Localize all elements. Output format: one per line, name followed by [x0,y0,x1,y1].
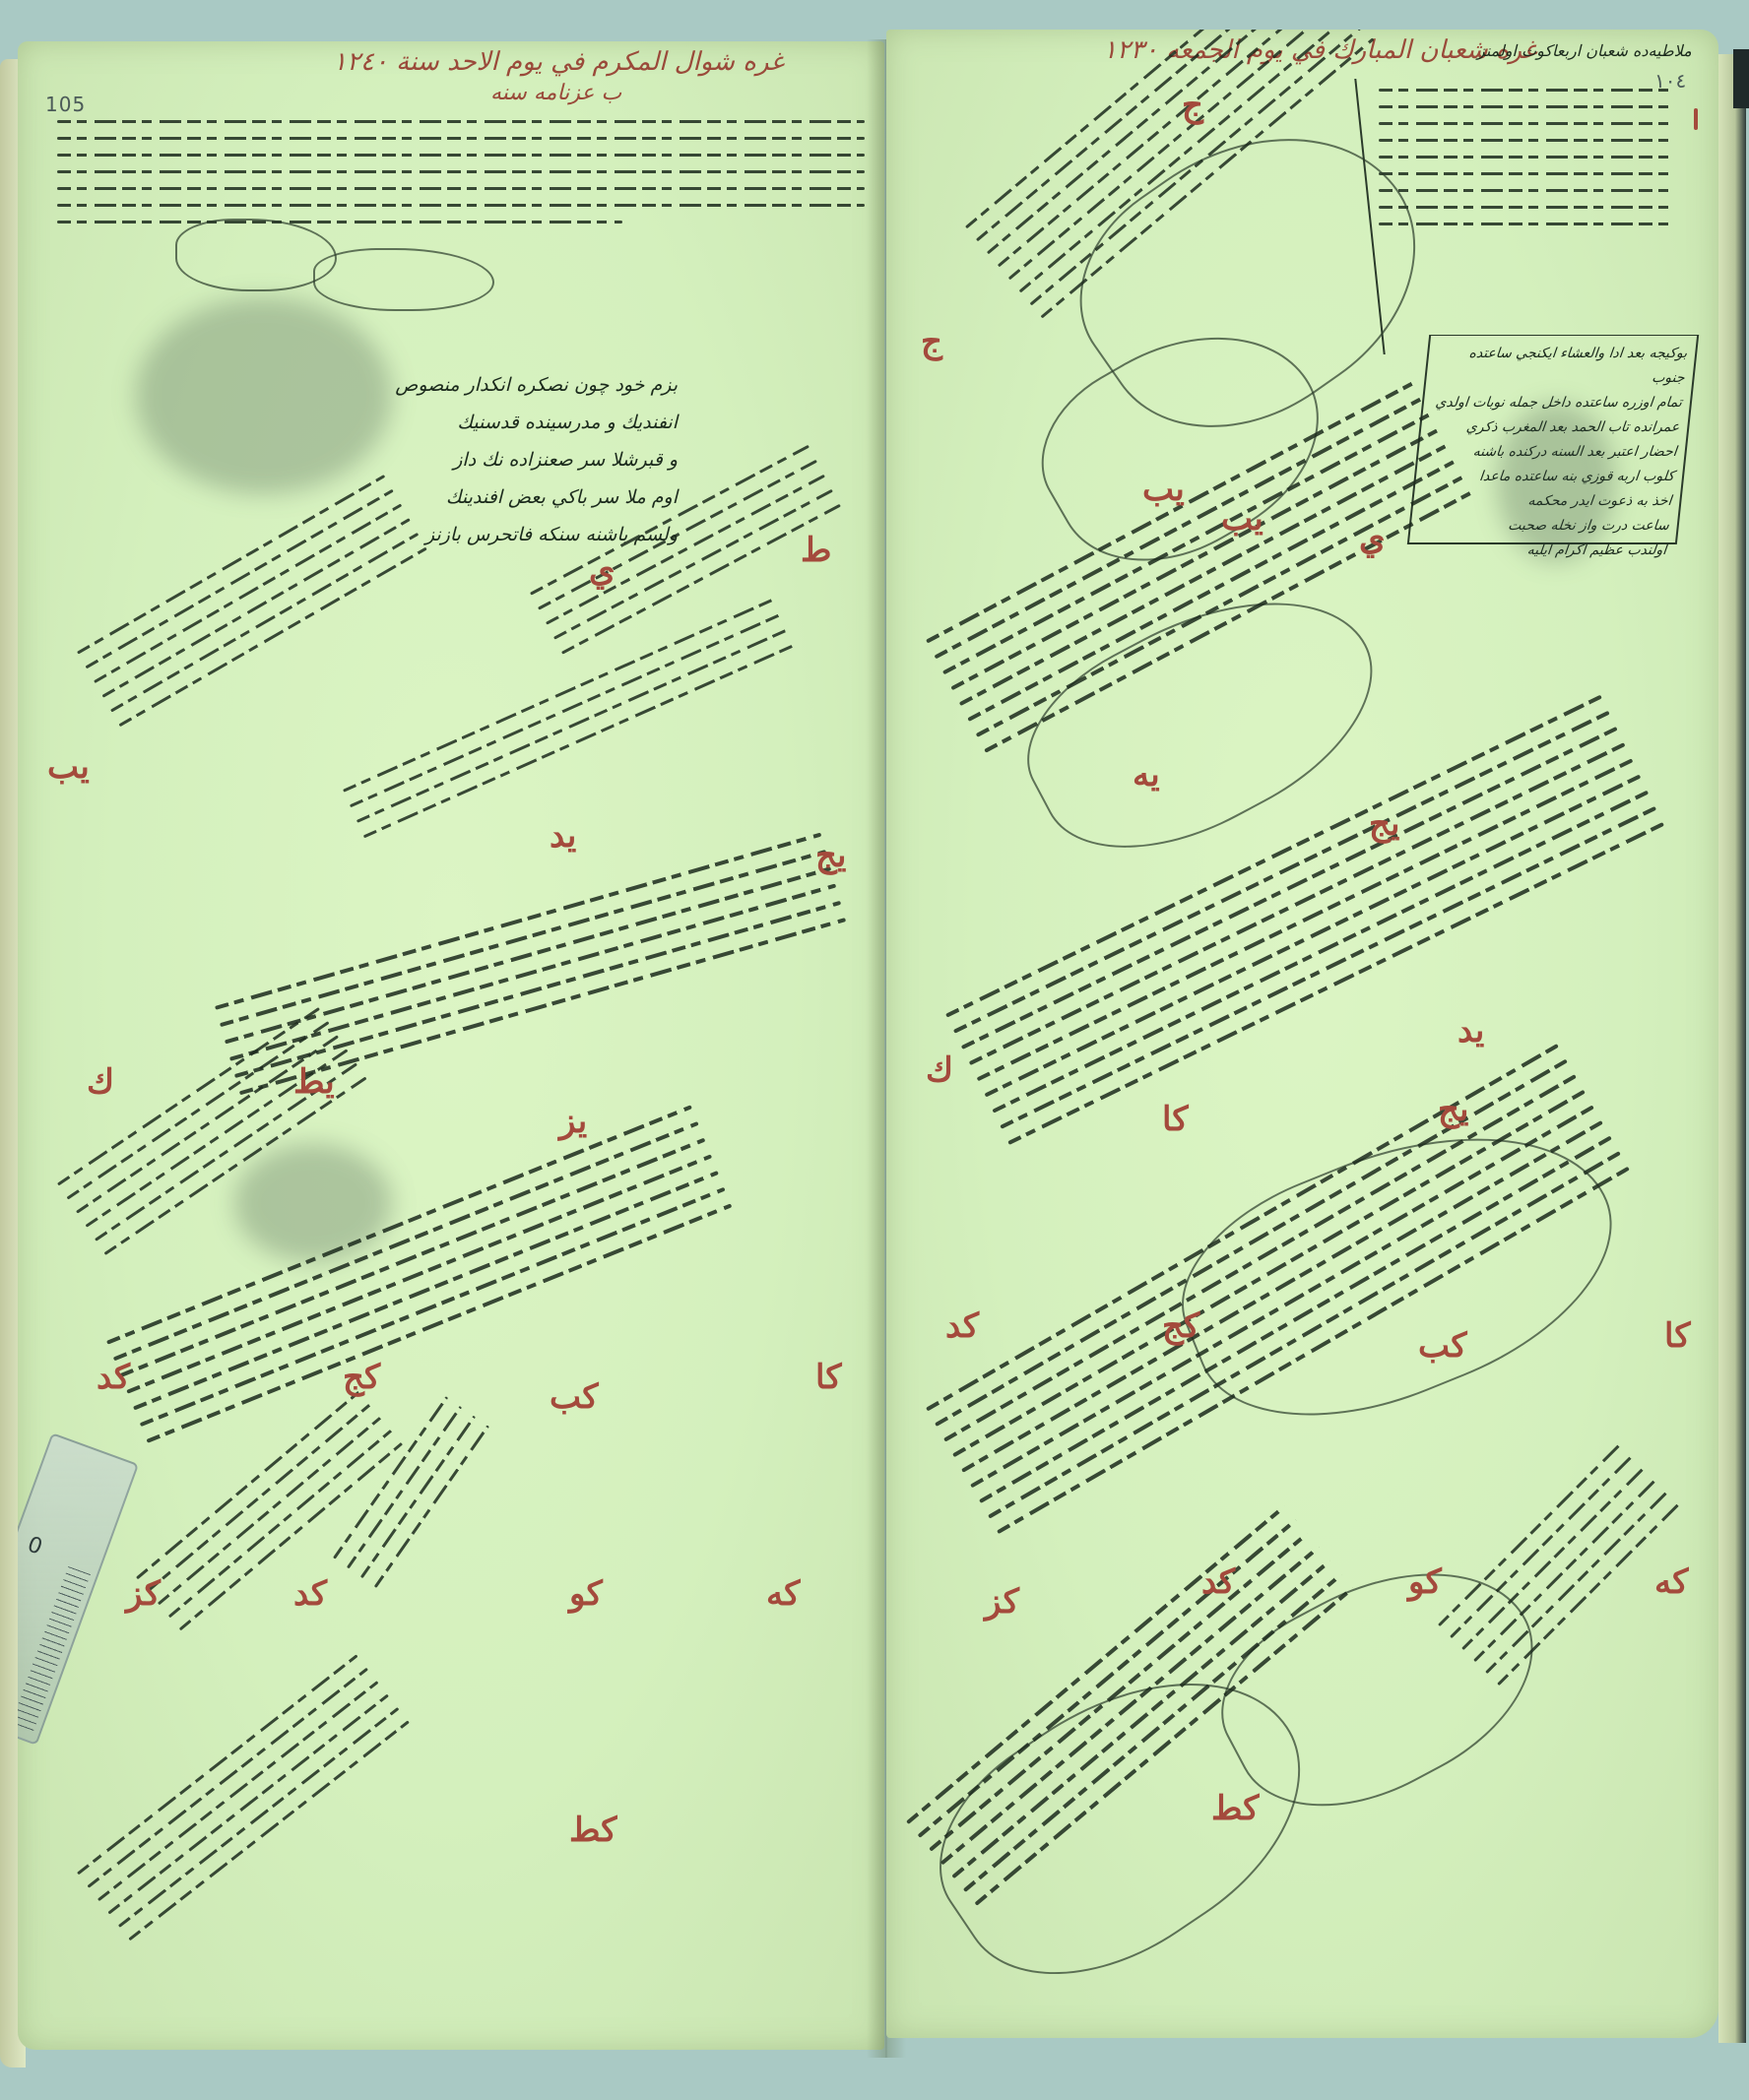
red-tick-mark [1694,108,1698,130]
marginal-marker: يج [1369,807,1399,841]
marginal-marker: ط [801,534,831,567]
entry-block [1379,89,1674,239]
ruler-ticks [18,1566,91,1732]
left-heading-rubric: غره شوال المكرم في يوم الاحد سنة ١٢٤٠ [333,47,784,77]
measuring-ruler: 0 [18,1432,139,1746]
marginal-marker: كد [293,1577,327,1611]
marginal-marker: يه [1133,758,1160,792]
marginal-marker: يب [47,750,90,784]
right-page: ١٠٤ غره شعبان المبارك في يوم الجمعه ١٢٣٠… [886,30,1718,2038]
left-top-text-block [57,120,865,237]
marginal-marker: كا [1664,1319,1691,1353]
note-bubble [313,248,494,311]
marginal-marker: كه [1654,1565,1688,1599]
left-folio-number: 105 [45,93,86,116]
marginal-marker: كج [1162,1309,1199,1343]
marginal-marker: ي [589,553,615,587]
marginal-marker: كز [126,1577,161,1611]
marginal-marker: ي [1359,522,1386,555]
marginal-marker: يد [550,819,576,853]
marginal-marker: ك [87,1065,114,1099]
marginal-marker: يد [1457,1014,1484,1048]
marginal-marker: كج [343,1361,380,1394]
marginal-marker: ج [921,325,942,358]
marginal-marker: كد [97,1361,130,1394]
manuscript-spread: 105 غره شوال المكرم في يوم الاحد سنة ١٢٤… [0,0,1749,2100]
marginal-marker: كب [1418,1329,1467,1363]
entry-block [1438,1443,1690,1695]
ink-stain [136,297,392,494]
marginal-marker: يب [1142,473,1185,506]
marginal-marker: كد [945,1309,979,1343]
marginal-marker: كه [766,1577,800,1611]
marginal-marker: كو [569,1577,603,1611]
marginal-marker: كو [1408,1565,1442,1599]
left-page: 105 غره شوال المكرم في يوم الاحد سنة ١٢٤… [18,41,884,2050]
marginal-marker: يج [815,839,846,872]
marginal-marker: ك [926,1053,953,1087]
ink-stain [1497,404,1615,561]
marginal-marker: كا [815,1361,842,1394]
marginal-marker: كب [550,1380,599,1414]
marginal-marker: يج [1438,1093,1468,1126]
ruler-zero-label: 0 [24,1532,45,1559]
marginal-marker: يط [293,1065,335,1099]
entry-block [77,475,434,738]
right-page-edge [1718,54,1746,2043]
right-top-note: ملاطيه‌ده شعبان اربعاكوت اولمنز [1477,41,1692,60]
marginal-marker: يب [1221,502,1263,536]
marginal-marker: كز [985,1585,1019,1619]
marginal-marker: كا [1162,1103,1189,1136]
left-subheading-rubric: ب عزنامه سنه [490,81,621,105]
book-cover-corner [1733,49,1749,108]
marginal-marker: كط [569,1814,616,1847]
marginal-marker: كد [1201,1565,1235,1599]
entry-block [77,1654,418,1951]
marginal-marker: يز [559,1105,587,1138]
marginal-marker: كط [1211,1792,1259,1825]
marginal-marker: ج [1182,89,1203,122]
